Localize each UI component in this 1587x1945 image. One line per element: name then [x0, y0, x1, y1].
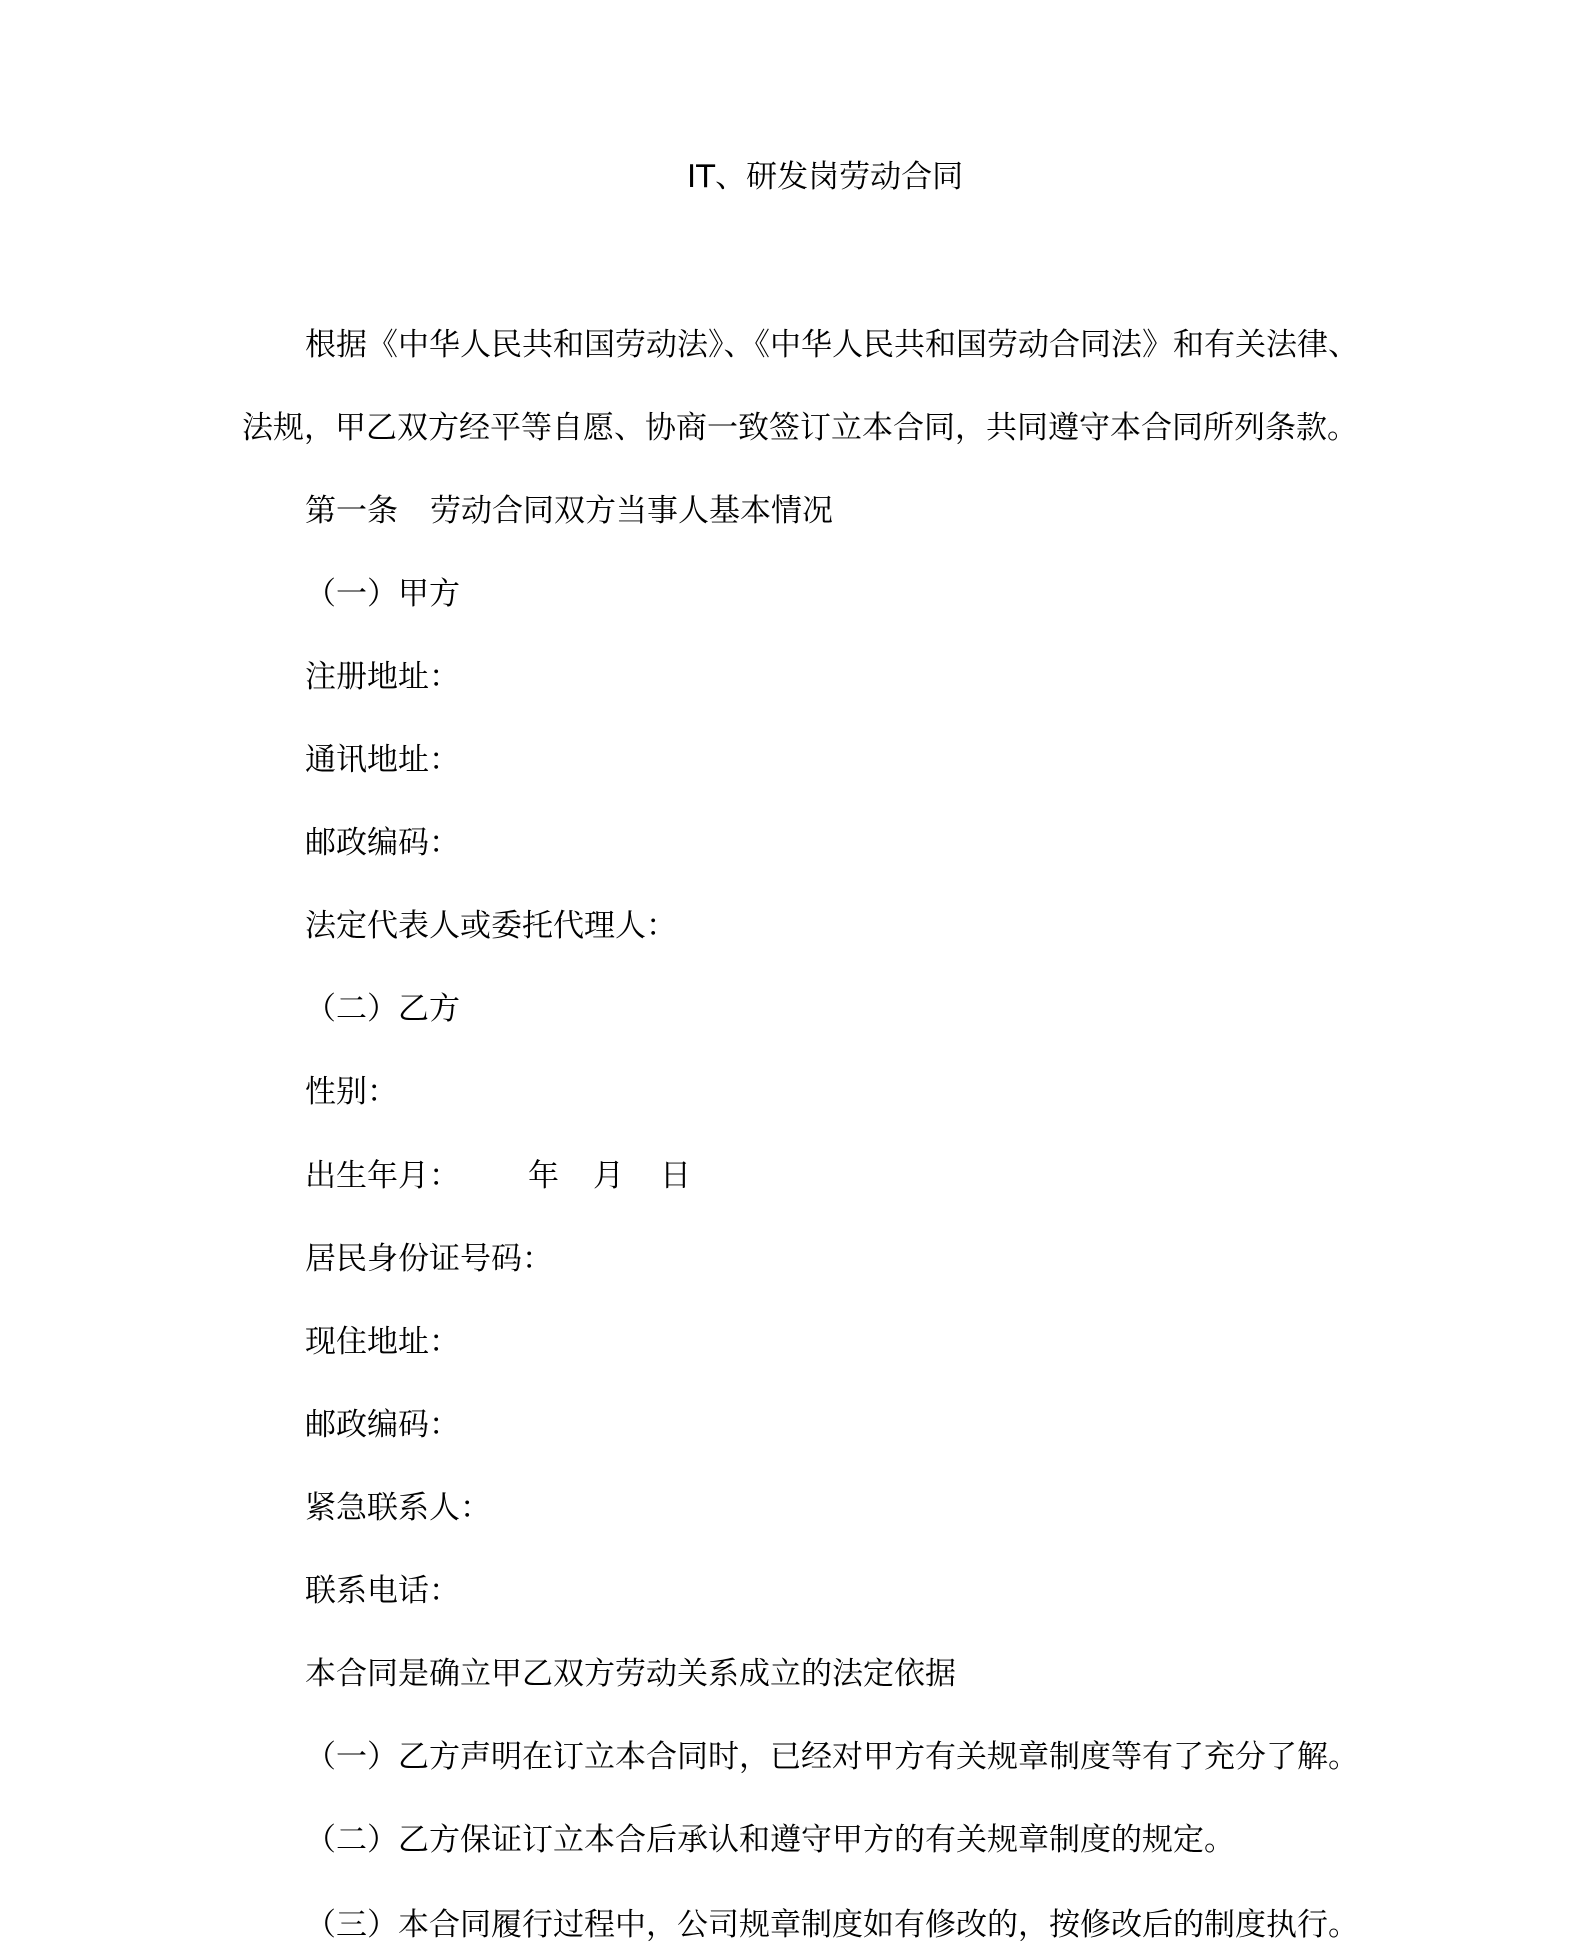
party-b-birth-date-label: 出生年月： [305, 1156, 460, 1196]
party-b-heading: （二）乙方 [305, 989, 460, 1029]
party-b-id-number-label: 居民身份证号码： [305, 1239, 553, 1279]
party-b-emergency-contact-label: 紧急联系人： [305, 1488, 491, 1528]
document-page: IT、研发岗劳动合同 根据《中华人民共和国劳动法》、《中华人民共和国劳动合同法》… [0, 0, 1587, 1945]
article-title: 劳动合同双方当事人基本情况 [430, 493, 833, 529]
birth-day-unit: 日 [660, 1156, 691, 1196]
party-b-contact-phone-label: 联系电话： [305, 1571, 460, 1611]
article-1-heading: 第一条劳动合同双方当事人基本情况 [305, 491, 833, 531]
party-b-current-address-label: 现住地址： [305, 1322, 460, 1362]
document-title: IT、研发岗劳动合同 [687, 158, 967, 196]
preamble-line-1: 根据《中华人民共和国劳动法》、《中华人民共和国劳动合同法》和有关法律、 [305, 325, 1345, 365]
preamble-line-2: 法规，甲乙双方经平等自愿、协商一致签订立本合同，共同遵守本合同所列条款。 [242, 408, 1345, 448]
legal-basis-statement: 本合同是确立甲乙双方劳动关系成立的法定依据 [305, 1654, 956, 1694]
legal-basis-item-3: （三）本合同履行过程中，公司规章制度如有修改的，按修改后的制度执行。 [305, 1905, 1359, 1945]
legal-basis-item-1: （一）乙方声明在订立本合同时，已经对甲方有关规章制度等有了充分了解。 [305, 1737, 1359, 1777]
party-b-birth-date-row: 出生年月： 年 月 日 [305, 1156, 805, 1196]
party-a-postal-code-label: 邮政编码： [305, 823, 460, 863]
party-a-registered-address-label: 注册地址： [305, 657, 460, 697]
birth-month-unit: 月 [593, 1156, 624, 1196]
party-b-postal-code-label: 邮政编码： [305, 1405, 460, 1445]
birth-year-unit: 年 [528, 1156, 559, 1196]
party-b-gender-label: 性别： [305, 1072, 398, 1112]
legal-basis-item-2: （二）乙方保证订立本合后承认和遵守甲方的有关规章制度的规定。 [305, 1820, 1235, 1860]
article-number: 第一条 [305, 493, 398, 529]
party-a-mailing-address-label: 通讯地址： [305, 740, 460, 780]
party-a-heading: （一）甲方 [305, 574, 460, 614]
party-a-legal-representative-label: 法定代表人或委托代理人： [305, 906, 677, 946]
